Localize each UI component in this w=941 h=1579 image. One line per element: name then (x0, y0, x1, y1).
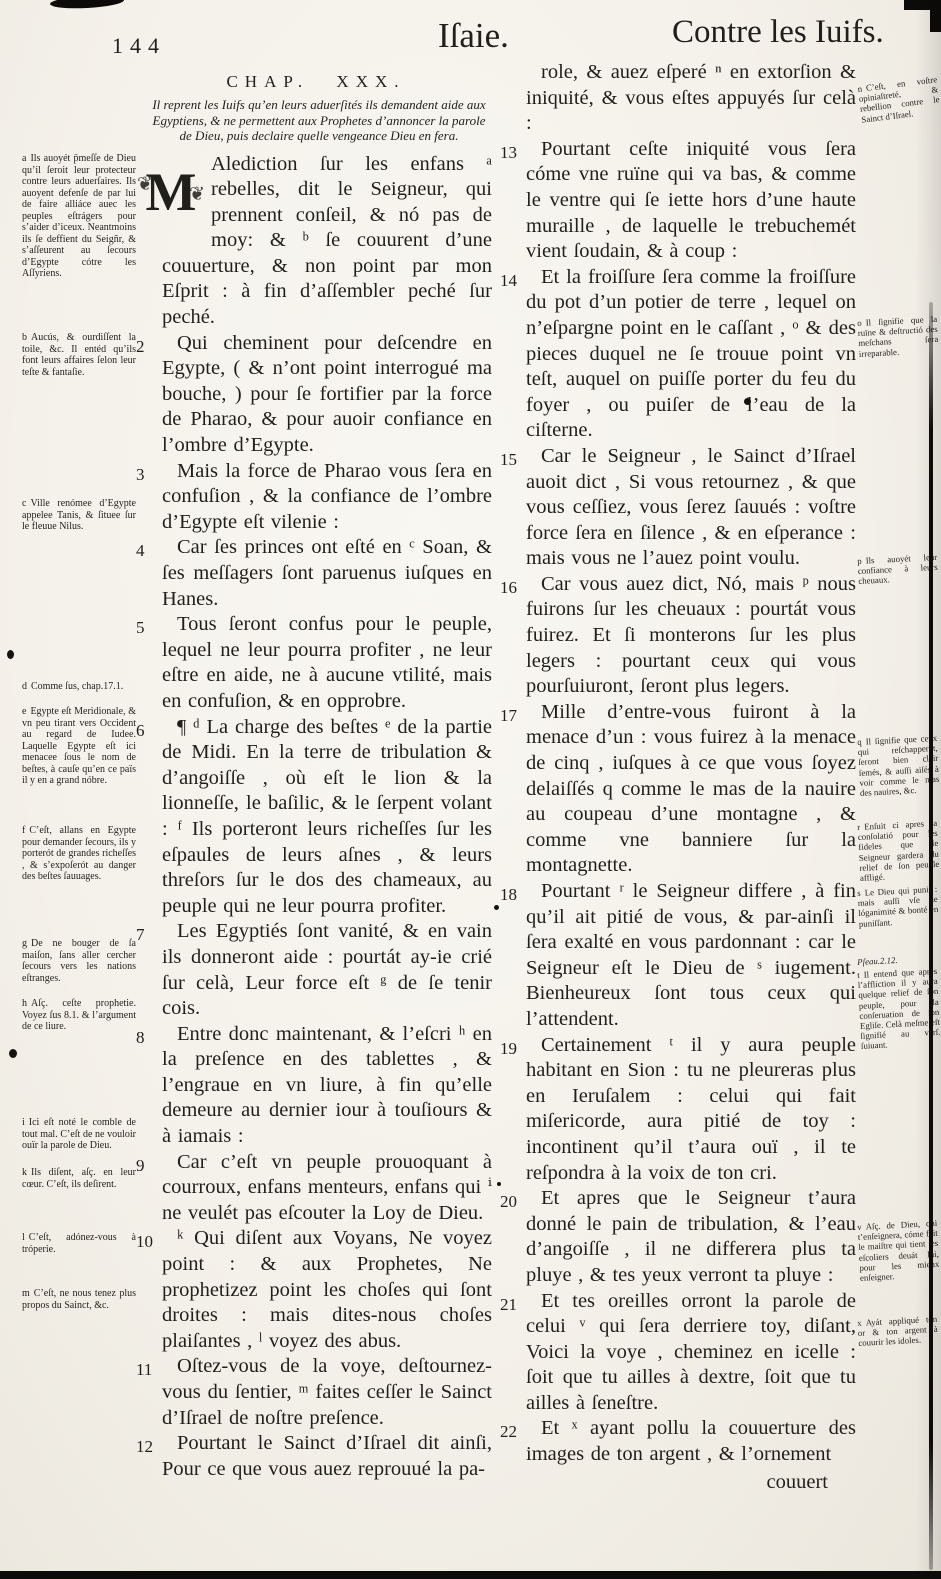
margin-note-e: eEgypte eſt Meridionale, & vn peu tirant… (22, 706, 136, 787)
text-column-right: role, & auez eſperé ⁿ en extorſion & ini… (504, 60, 856, 1494)
left-margin-notes-column: aIls auoyét p̄meſſe de Dieu qu’il ſeroit… (22, 0, 140, 1579)
note-text: Ils auoyét p̄meſſe de Dieu qu’il ſeroit … (22, 153, 136, 279)
chapter-summary: Il reprent les Iuifs qu’en leurs aduerſi… (152, 97, 486, 144)
page-edge-shadow (915, 0, 941, 1579)
verse: 15Car le Seigneur , le Sainct d’Iſrael a… (526, 444, 856, 572)
verse-number: 5 (136, 615, 145, 641)
ink-speck (7, 650, 14, 659)
note-letter: i (22, 1117, 25, 1128)
note-letter: b (22, 332, 27, 343)
margin-note-b: bAucús, & ourdiſſent la toile, &c. Il en… (22, 332, 136, 378)
verse: MAlediction ſur les enfans ᵃ rebelles, d… (162, 152, 492, 331)
verse-number: 17 (500, 703, 517, 729)
verse-number: 22 (500, 1419, 517, 1445)
note-text: Aſç. ceſte prophetie. Voyez ſus 8.1. & l… (22, 998, 136, 1032)
note-letter: x (857, 1318, 862, 1328)
verse-text: Oſtez-vous de la voye, deſtournez-vous d… (162, 1355, 492, 1428)
note-text: Ici eſt noté le comble de tout mal. C’eſ… (22, 1117, 136, 1151)
verse-text: Car le Seigneur , le Sainct d’Iſrael auo… (526, 445, 856, 569)
verse: 12Pourtant le Sainct d’Iſrael dit ainſi,… (162, 1431, 492, 1482)
verse-text: Car ſes princes ont eſté en ᶜ Soan, & ſe… (162, 536, 492, 609)
margin-note-c: cVille renómee d’Egypte appelee Tanis, &… (22, 498, 136, 533)
verse: 17Mille d’entre-vous fuiront à la menace… (526, 700, 856, 879)
verse-text: Mille d’entre-vous fuiront à la menace d… (526, 701, 856, 877)
verse: 3Mais la force de Pharao vous ſera en co… (162, 459, 492, 536)
running-header-book-title: Iſaie. (438, 16, 509, 56)
margin-note-m: mC’eſt, ne nous tenez plus propos du Sai… (22, 1288, 136, 1311)
catchword: couuert (504, 1471, 856, 1494)
note-letter: e (22, 706, 26, 717)
note-text: Egypte eſt Meridionale, & vn peu tirant … (22, 706, 136, 786)
verse-number: 14 (500, 268, 517, 294)
note-letter: p (857, 556, 862, 566)
note-text: Aucús, & ourdiſſent la toile, &c. Il ent… (22, 332, 136, 378)
verse-text: Tous ſeront confus pour le peuple, leque… (162, 613, 492, 712)
verse: 2Qui cheminent pour deſcendre en Egypte,… (162, 331, 492, 459)
verse-number: 9 (136, 1153, 145, 1179)
note-letter: d (22, 681, 27, 692)
verse: 11Oſtez-vous de la voye, deſtournez-vous… (162, 1354, 492, 1431)
decorative-initial: M (140, 156, 202, 228)
verse-number: 21 (500, 1292, 517, 1318)
note-text: Ville renómee d’Egypte appelee Tanis, & … (22, 498, 136, 532)
note-letter: a (22, 153, 26, 164)
verse-number: 2 (136, 334, 145, 360)
verses-left: MAlediction ſur les enfans ᵃ rebelles, d… (140, 152, 492, 1483)
verse: 16Car vous auez dict, Nó, mais ᵖ nous fu… (526, 572, 856, 700)
verse-text: ¶ ᵈ La charge des beſtes ᵉ de la partie … (162, 716, 492, 917)
verse-number: 18 (500, 882, 517, 908)
margin-note-a: aIls auoyét p̄meſſe de Dieu qu’il ſeroit… (22, 153, 136, 280)
verse: 14Et la froiſſure ſera comme la froiſſur… (526, 265, 856, 444)
note-letter: f (22, 825, 25, 836)
verse-text: Car c’eſt vn peuple prouoquant à courrou… (162, 1151, 492, 1224)
ink-speck (744, 398, 751, 405)
verse: 10ᵏ Qui diſent aux Voyans, Ne voyez poin… (162, 1226, 492, 1354)
verse-number: 4 (136, 538, 145, 564)
running-header-section-title: Contre les Iuifs. (672, 14, 884, 51)
verse-text: Qui cheminent pour deſcendre en Egypte, … (162, 332, 492, 456)
verse: role, & auez eſperé ⁿ en extorſion & ini… (526, 60, 856, 137)
verse-number: 7 (136, 922, 145, 948)
verse: 7Les Egyptiés ſont vanité, & en vain ils… (162, 919, 492, 1021)
note-text: C’eſt, adónez-vous à tróperie. (22, 1232, 136, 1255)
verse-text: Les Egyptiés ſont vanité, & en vain ils … (162, 920, 492, 1019)
verse-text: Pourtant le Sainct d’Iſrael dit ainſi, P… (162, 1432, 492, 1480)
verse-text: Et tes oreilles orront la parole de celu… (526, 1290, 856, 1414)
verse-number: 20 (500, 1189, 517, 1215)
margin-note-f: fC’eſt, allans en Egypte pour demander ſ… (22, 825, 136, 883)
verse-text: Pourtant ceſte iniquité vous ſera cóme v… (526, 138, 856, 262)
verse-number: 19 (500, 1036, 517, 1062)
note-letter: c (22, 498, 26, 509)
verse-text: role, & auez eſperé ⁿ en extorſion & ini… (526, 61, 856, 134)
verse-text: Mais la force de Pharao vous ſera en con… (162, 460, 492, 533)
note-letter: l (22, 1232, 25, 1243)
note-letter: q (857, 737, 862, 747)
verse: 9Car c’eſt vn peuple prouoquant à courro… (162, 1150, 492, 1227)
scanned-book-page: 144 Iſaie. Contre les Iuifs. aIls auoyét… (0, 0, 941, 1579)
verse: 13Pourtant ceſte iniquité vous ſera cóme… (526, 137, 856, 265)
verse: 8Entre donc maintenant, & l’eſcri ʰ en l… (162, 1022, 492, 1150)
note-letter: g (22, 938, 27, 949)
note-text: Ils diſent, aſç. en leur cœur. C’eſt, il… (22, 1167, 136, 1190)
margin-note-i: iIci eſt noté le comble de tout mal. C’e… (22, 1117, 136, 1152)
ink-speck (494, 905, 499, 910)
text-column-left: CHAP. XXX. Il reprent les Iuifs qu’en le… (140, 72, 492, 1482)
note-text: C’eſt, ne nous tenez plus propos du Sain… (22, 1288, 136, 1311)
note-text: Comme ſus, chap.17.1. (31, 681, 123, 692)
ink-speck (497, 1182, 501, 1186)
verse-number: 3 (136, 462, 145, 488)
verse: 5Tous ſeront confus pour le peuple, lequ… (162, 612, 492, 714)
margin-note-l: lC’eſt, adónez-vous à tróperie. (22, 1232, 136, 1255)
verse-text: Entre donc maintenant, & l’eſcri ʰ en la… (162, 1023, 492, 1147)
verses-right: role, & auez eſperé ⁿ en extorſion & ini… (504, 60, 856, 1468)
verse-number: 12 (136, 1434, 153, 1460)
verse-number: 11 (136, 1357, 152, 1383)
note-text: Pſeau.2.12. (857, 955, 898, 967)
verse: 22Et ˣ ayant pollu la couuerture des ima… (526, 1416, 856, 1467)
note-letter: k (22, 1167, 27, 1178)
note-letter: t (857, 970, 860, 980)
note-letter: s (857, 888, 861, 898)
verse: 21Et tes oreilles orront la parole de ce… (526, 1289, 856, 1417)
note-letter: o (857, 318, 862, 328)
margin-note-g: gDe ne bouger de ſa maiſon, ſans aller c… (22, 938, 136, 984)
verse: 19Certainement ᵗ il y aura peuple habita… (526, 1033, 856, 1187)
verse: 6¶ ᵈ La charge des beſtes ᵉ de la partie… (162, 715, 492, 920)
note-text: C’eſt, allans en Egypte pour demander ſe… (22, 825, 136, 882)
margin-note-k: kIls diſent, aſç. en leur cœur. C’eſt, i… (22, 1167, 136, 1190)
verse-number: 16 (500, 575, 517, 601)
note-text: De ne bouger de ſa maiſon, ſans aller ce… (22, 938, 136, 984)
note-letter: r (857, 822, 860, 832)
ink-speck (9, 1049, 17, 1058)
verse-number: 8 (136, 1025, 145, 1051)
verse-text: Certainement ᵗ il y aura peuple habitant… (526, 1034, 856, 1184)
verse-text: ᵏ Qui diſent aux Voyans, Ne voyez point … (162, 1227, 492, 1351)
binding-crease-line (929, 302, 933, 1570)
note-letter: n (857, 83, 863, 93)
scan-border-bottom (0, 1571, 941, 1579)
verse: 20Et apres que le Seigneur t’aura donné … (526, 1186, 856, 1288)
note-letter: m (22, 1288, 30, 1299)
note-letter: v (857, 1222, 862, 1232)
verse-text: Et ˣ ayant pollu la couuerture des image… (526, 1417, 856, 1465)
verse-number: 6 (136, 718, 145, 744)
margin-note-d: dComme ſus, chap.17.1. (22, 681, 136, 693)
note-letter: h (22, 998, 27, 1009)
verse-text: Et apres que le Seigneur t’aura donné le… (526, 1187, 856, 1286)
verse-number: 13 (500, 140, 517, 166)
verse-text: Et la froiſſure ſera comme la froiſſure … (526, 266, 856, 442)
verse-text: Alediction ſur les enfans ᵃ rebelles, di… (162, 153, 492, 329)
margin-note-h: hAſç. ceſte prophetie. Voyez ſus 8.1. & … (22, 998, 136, 1033)
verse: 18Pourtant ʳ le Seigneur differe , à fin… (526, 879, 856, 1033)
verse: 4Car ſes princes ont eſté en ᶜ Soan, & ſ… (162, 535, 492, 612)
chapter-heading: CHAP. XXX. (140, 72, 492, 92)
verse-number: 10 (136, 1229, 153, 1255)
verse-text: Car vous auez dict, Nó, mais ᵖ nous fuir… (526, 573, 856, 697)
verse-number: 15 (500, 447, 517, 473)
verse-text: Pourtant ʳ le Seigneur differe , à fin q… (526, 880, 856, 1030)
